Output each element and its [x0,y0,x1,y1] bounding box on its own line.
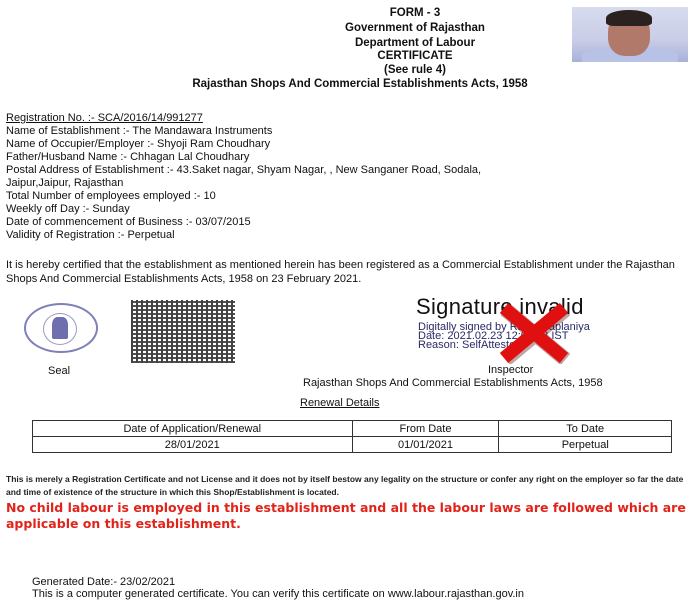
application-date-cell: 28/01/2021 [33,437,353,453]
table-row: 28/01/2021 01/01/2021 Perpetual [33,437,672,453]
act-title: Rajasthan Shops And Commercial Establish… [140,78,580,90]
postal-address: Postal Address of Establishment :- 43.Sa… [6,164,481,177]
registration-number: Registration No. :- SCA/2016/14/991277 [6,112,203,125]
registration-validity: Validity of Registration :- Perpetual [6,229,175,242]
commencement-date: Date of commencement of Business :- 03/0… [6,216,251,229]
from-date-cell: 01/01/2021 [352,437,499,453]
seal-stamp-icon [24,303,98,353]
disclaimer-text: This is merely a Registration Certificat… [6,473,696,499]
occupier-photo [572,7,688,62]
weekly-off-day: Weekly off Day :- Sunday [6,203,130,216]
postal-address-line2: Jaipur,Jaipur, Rajasthan [6,177,123,190]
establishment-name: Name of Establishment :- The Mandawara I… [6,125,272,138]
renewal-details-title: Renewal Details [300,397,379,409]
to-date-cell: Perpetual [499,437,672,453]
inspector-act: Rajasthan Shops And Commercial Establish… [303,377,603,389]
column-header: To Date [499,421,672,437]
occupier-name: Name of Occupier/Employer :- Shyoji Ram … [6,138,270,151]
column-header: Date of Application/Renewal [33,421,353,437]
child-labour-notice: No child labour is employed in this esta… [6,500,696,532]
father-husband-name: Father/Husband Name :- Chhagan Lal Choud… [6,151,249,164]
seal-label: Seal [48,365,70,377]
verification-note: This is a computer generated certificate… [32,588,524,600]
rule-reference: (See rule 4) [0,63,700,78]
column-header: From Date [352,421,499,437]
invalid-signature-x-icon [498,302,570,364]
employee-count: Total Number of employees employed :- 10 [6,190,216,203]
certification-statement: It is hereby certified that the establis… [6,259,686,286]
renewal-table-header: Date of Application/Renewal From Date To… [33,421,672,437]
qr-code[interactable] [131,300,235,363]
renewal-table: Date of Application/Renewal From Date To… [32,420,672,453]
inspector-label: Inspector [488,364,533,376]
